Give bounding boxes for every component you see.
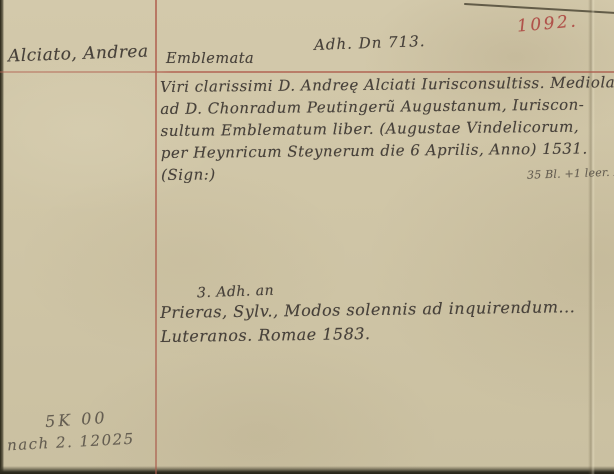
pencil-after-note: nach 2. 12025 [7, 430, 136, 455]
catalog-card: Alciato, Andrea Adh. Dn 713. 1092. Emble… [0, 0, 614, 474]
addendum-line: Luteranos. Romae 1583. [160, 319, 575, 349]
addendum-text-block: Prieras, Sylv., Modos solennis ad inquir… [160, 295, 576, 349]
author-heading: Alciato, Andrea [8, 42, 149, 67]
title-heading: Emblemata [166, 51, 254, 67]
card-bottom-edge [0, 466, 614, 474]
accession-number-red: 1092. [516, 11, 579, 36]
pencil-class-mark: 5K 00 [44, 408, 108, 431]
addendum-heading: 3. Adh. an [197, 283, 275, 302]
shelfmark: Adh. Dn 713. [314, 32, 426, 54]
